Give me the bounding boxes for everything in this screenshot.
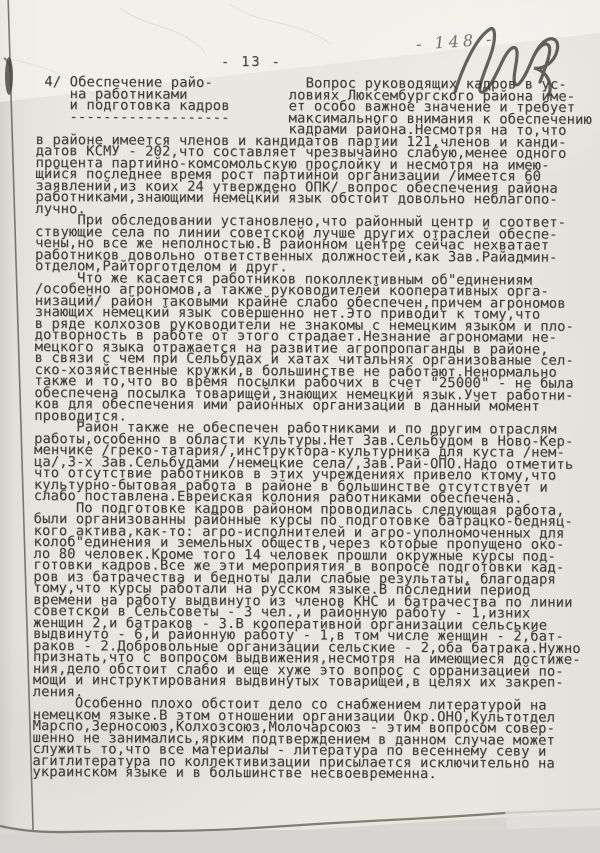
page-number: - 13 - — [221, 54, 282, 70]
document-scan: - 13 - - 148 - 4/ Обеспечение райо- Вопр… — [0, 0, 600, 853]
typewritten-text: 4/ Обеспечение райо- Вопрос руководящих … — [32, 77, 600, 781]
text-line: работниками,знающими немецкий язык обсто… — [35, 192, 600, 206]
text-line: мощи и инструктирования выдвинутых товар… — [33, 675, 599, 689]
handwritten-page-number: - 148 - — [415, 29, 496, 54]
scan-bottom-margin — [0, 830, 600, 853]
